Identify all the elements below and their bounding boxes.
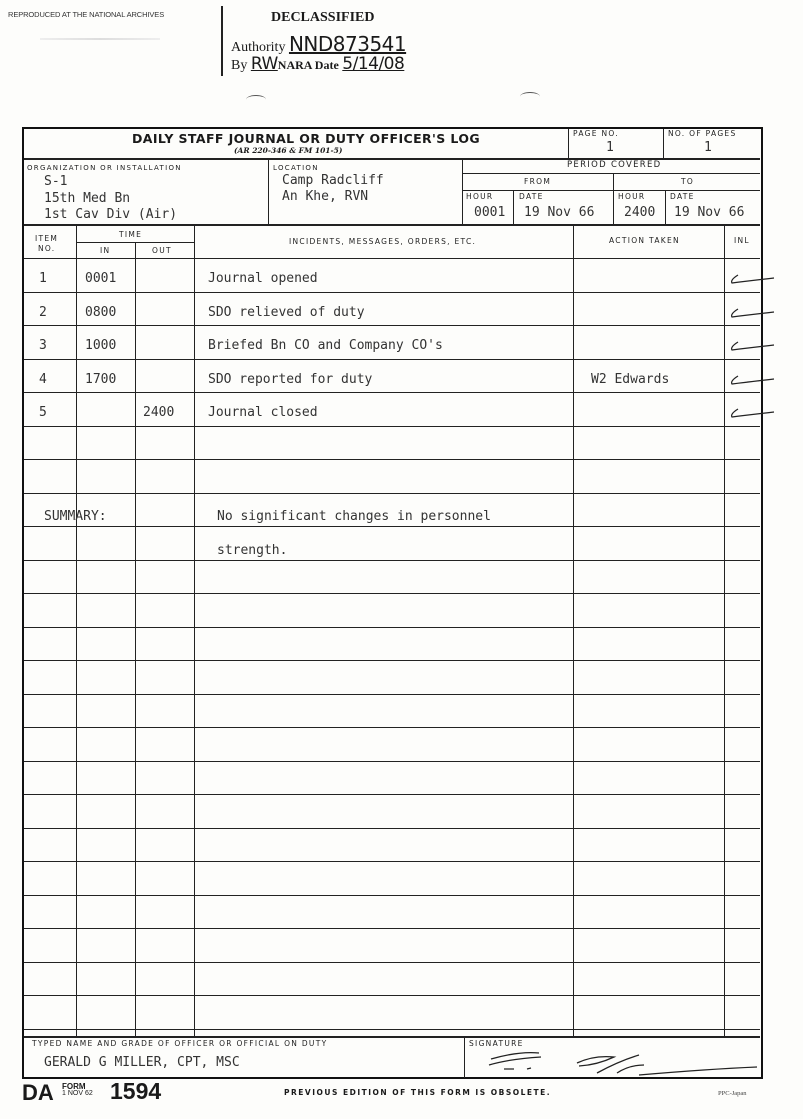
divider: [268, 158, 269, 224]
footer-form-block: FORM 1 NOV 62: [62, 1083, 93, 1097]
time-out-cell: 2400: [143, 405, 174, 420]
row-line: [24, 660, 760, 661]
divider: [462, 190, 760, 191]
incident-cell: Journal closed: [208, 405, 318, 420]
incident-cell: SDO relieved of duty: [208, 305, 365, 320]
form-reference: (AR 220-346 & FM 101-5): [234, 146, 342, 155]
page-no-value: 1: [606, 140, 614, 155]
column-line: [724, 224, 725, 1036]
item-no-header-line2: NO.: [38, 244, 56, 253]
organization-label: ORGANIZATION OR INSTALLATION: [27, 164, 182, 172]
row-line: [24, 560, 760, 561]
to-date-label: DATE: [670, 192, 695, 201]
stamp-date: 5/14/08: [342, 54, 404, 74]
divider: [464, 1036, 465, 1078]
period-covered-label: PERIOD COVERED: [567, 160, 662, 170]
time-out-header: OUT: [152, 246, 172, 255]
summary-line: No significant changes in personnel: [217, 509, 491, 524]
row-line: [24, 292, 760, 293]
item-no-cell: 5: [39, 405, 47, 420]
archive-note: REPRODUCED AT THE NATIONAL ARCHIVES: [8, 10, 164, 19]
authority-value: NND873541: [289, 32, 406, 56]
incident-cell: Briefed Bn CO and Company CO's: [208, 338, 443, 353]
divider: [462, 173, 760, 174]
form-title: DAILY STAFF JOURNAL OR DUTY OFFICER'S LO…: [132, 131, 480, 146]
row-line: [24, 258, 760, 259]
location-line: An Khe, RVN: [282, 189, 368, 204]
item-no-header-line1: ITEM: [35, 234, 58, 243]
footer-form-number: 1594: [110, 1078, 161, 1105]
time-in-cell: 0001: [85, 271, 116, 286]
row-line: [24, 861, 760, 862]
signature-scrawl-icon: [479, 1047, 759, 1077]
organization-line: 1st Cav Div (Air): [44, 207, 177, 222]
row-line: [24, 459, 760, 460]
divider: [663, 129, 664, 160]
officer-name: GERALD G MILLER, CPT, MSC: [44, 1055, 240, 1070]
summary-line: strength.: [217, 543, 287, 558]
incident-cell: Journal opened: [208, 271, 318, 286]
initials-mark-icon: [728, 374, 776, 388]
stamp-by-line: By RWNARA Date 5/14/08: [231, 54, 404, 74]
column-line: [135, 242, 136, 1036]
to-date-value: 19 Nov 66: [674, 205, 744, 220]
initials-header: INL: [734, 236, 750, 245]
from-date-value: 19 Nov 66: [524, 205, 594, 220]
divider: [24, 1036, 760, 1038]
initials-mark-icon: [728, 307, 776, 321]
row-line: [24, 359, 760, 360]
footer-printer: PPC-Japan: [718, 1090, 747, 1097]
summary-label: SUMMARY:: [44, 509, 107, 524]
declassification-stamp: DECLASSIFIED Authority NND873541 By RWNA…: [221, 6, 423, 76]
officer-label: TYPED NAME AND GRADE OF OFFICER OR OFFIC…: [32, 1039, 328, 1048]
action-header: ACTION TAKEN: [609, 236, 680, 245]
row-line: [24, 426, 760, 427]
from-hour-value: 0001: [474, 205, 505, 220]
by-initials: RW: [251, 54, 278, 74]
duty-officer-log-form: DAILY STAFF JOURNAL OR DUTY OFFICER'S LO…: [22, 127, 763, 1079]
footer-form-date: 1 NOV 62: [62, 1090, 93, 1097]
row-line: [24, 694, 760, 695]
by-label: By: [231, 58, 247, 73]
initials-mark-icon: [728, 407, 776, 421]
row-line: [24, 928, 760, 929]
row-line: [24, 1029, 760, 1030]
page-no-label: PAGE NO.: [573, 129, 619, 138]
footer-form-word: FORM: [62, 1083, 93, 1090]
stamp-title: DECLASSIFIED: [271, 10, 374, 26]
row-line: [24, 761, 760, 762]
column-line: [76, 224, 77, 1036]
initials-mark-icon: [728, 340, 776, 354]
row-line: [24, 828, 760, 829]
time-in-cell: 1700: [85, 372, 116, 387]
divider: [513, 190, 514, 224]
stamp-authority-line: Authority NND873541: [231, 32, 406, 56]
time-in-cell: 1000: [85, 338, 116, 353]
item-no-cell: 4: [39, 372, 47, 387]
divider: [462, 158, 463, 224]
nara-date-label: NARA Date: [278, 58, 339, 72]
row-line: [24, 526, 760, 527]
organization-line: S-1: [44, 174, 67, 189]
to-label: TO: [681, 177, 694, 186]
row-line: [24, 493, 760, 494]
from-date-label: DATE: [519, 192, 544, 201]
item-no-cell: 2: [39, 305, 47, 320]
organization-line: 15th Med Bn: [44, 191, 130, 206]
row-line: [24, 794, 760, 795]
to-hour-value: 2400: [624, 205, 655, 220]
no-of-pages-value: 1: [704, 140, 712, 155]
row-line: [24, 727, 760, 728]
punch-mark: [520, 92, 540, 101]
row-line: [24, 962, 760, 963]
column-line: [194, 224, 195, 1036]
time-header: TIME: [119, 230, 142, 239]
row-line: [24, 593, 760, 594]
item-no-cell: 1: [39, 271, 47, 286]
divider: [24, 224, 760, 226]
divider: [613, 173, 614, 224]
from-label: FROM: [524, 177, 551, 186]
row-line: [24, 895, 760, 896]
incidents-header: INCIDENTS, MESSAGES, ORDERS, ETC.: [289, 237, 476, 246]
row-line: [24, 995, 760, 996]
row-line: [24, 325, 760, 326]
time-in-header: IN: [100, 246, 110, 255]
from-hour-label: HOUR: [466, 192, 493, 201]
initials-mark-icon: [728, 273, 776, 287]
punch-mark: [246, 95, 266, 104]
row-line: [24, 627, 760, 628]
row-line: [24, 392, 760, 393]
to-hour-label: HOUR: [618, 192, 645, 201]
divider: [568, 129, 569, 160]
footer-previous-edition: PREVIOUS EDITION OF THIS FORM IS OBSOLET…: [284, 1088, 551, 1097]
no-of-pages-label: NO. OF PAGES: [668, 129, 737, 138]
scan-smudge: [40, 38, 160, 40]
footer-da: DA: [22, 1080, 54, 1106]
location-label: LOCATION: [273, 164, 319, 172]
column-line: [573, 224, 574, 1036]
action-cell: W2 Edwards: [591, 372, 669, 387]
item-no-cell: 3: [39, 338, 47, 353]
incident-cell: SDO reported for duty: [208, 372, 372, 387]
location-line: Camp Radcliff: [282, 173, 384, 188]
authority-label: Authority: [231, 40, 285, 55]
time-in-cell: 0800: [85, 305, 116, 320]
divider: [665, 190, 666, 224]
